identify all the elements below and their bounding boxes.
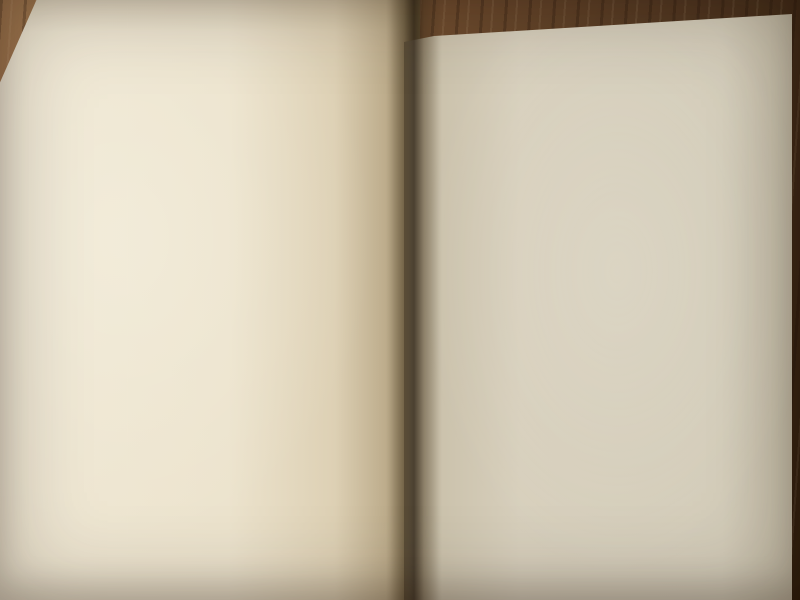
book-photo: Chapter V FIGURING THE ICE CREAM MIX Pro… [0, 0, 800, 600]
left-book-page [0, 0, 420, 600]
right-book-page [404, 0, 792, 600]
